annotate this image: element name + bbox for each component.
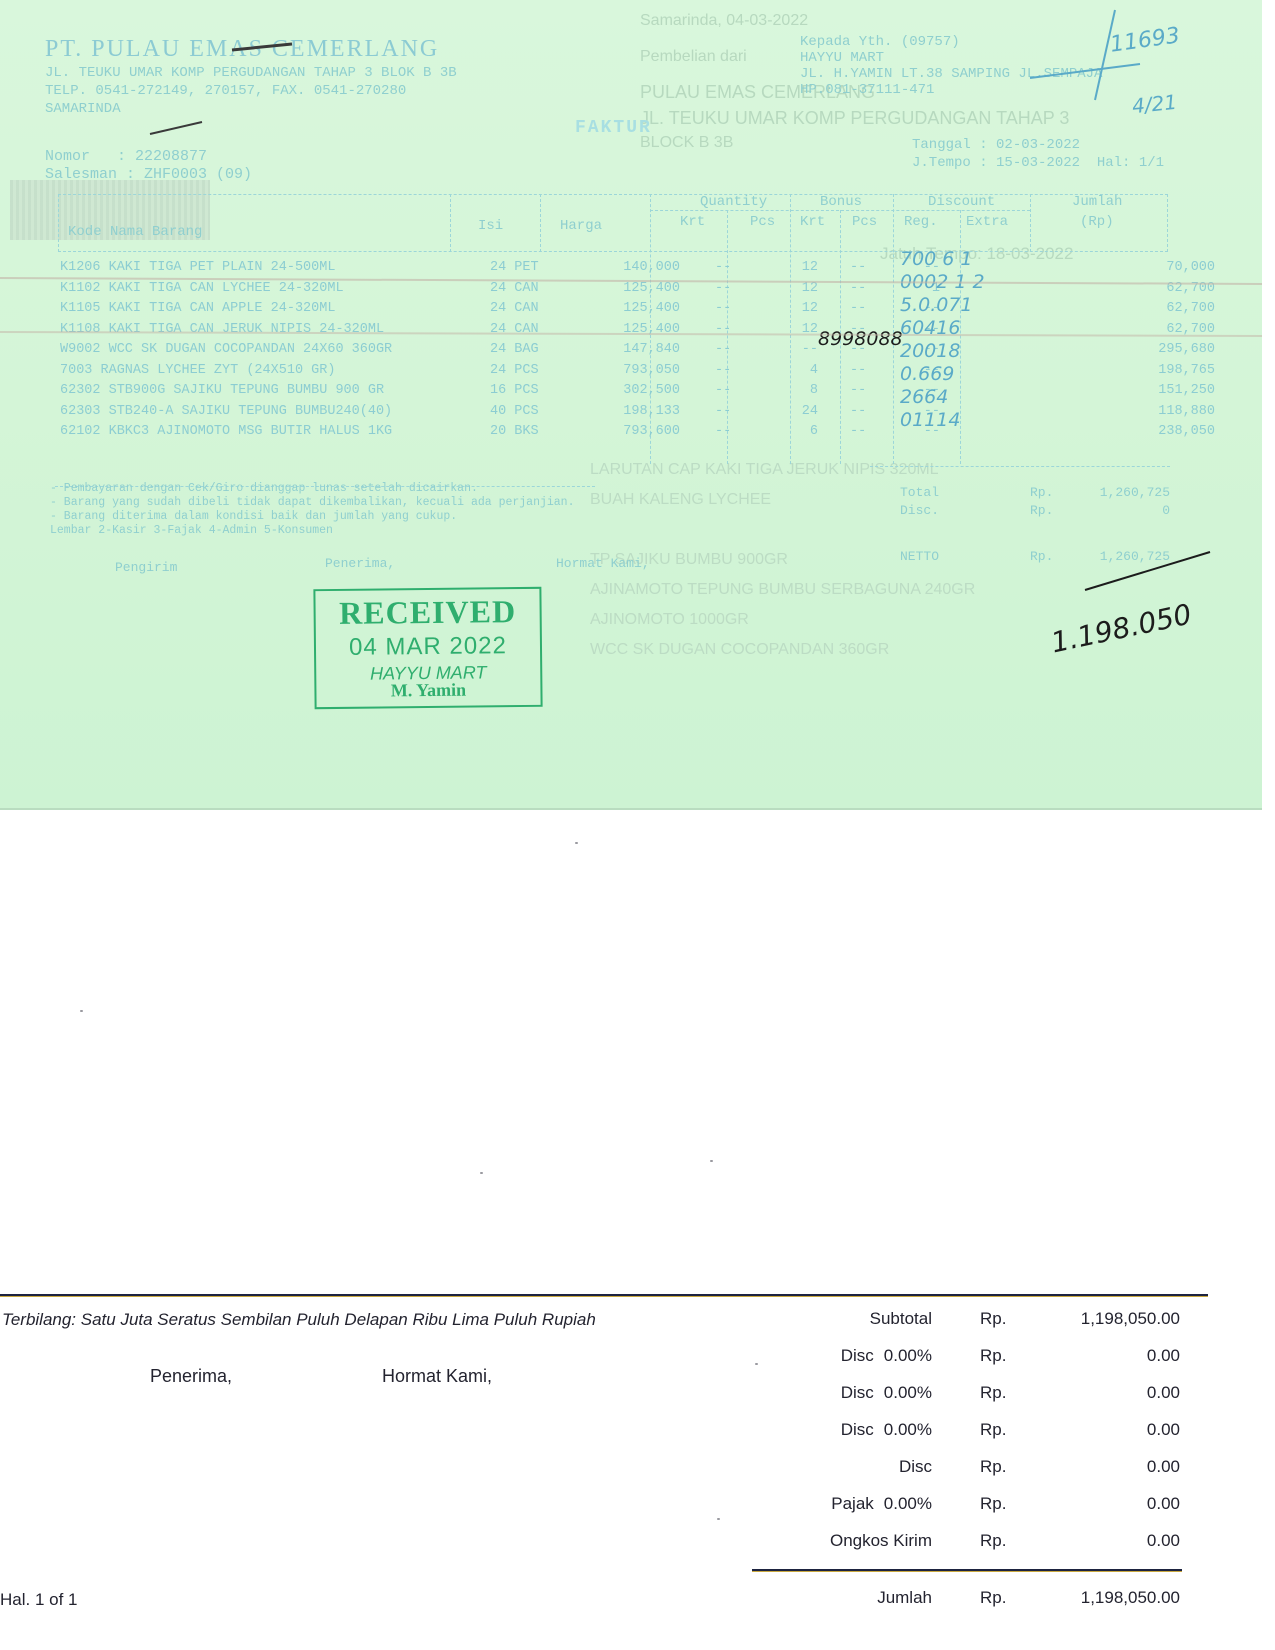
page-number: Hal. 1 of 1 — [0, 1590, 78, 1610]
scanned-invoice: Samarinda, 04-03-2022 Pembelian dari PUL… — [0, 0, 1262, 810]
totals-currency: Rp. — [980, 1383, 1006, 1403]
totals-currency: Rp. — [980, 1531, 1006, 1551]
totals-currency: Rp. — [980, 1494, 1006, 1514]
totals-value: 0.00 — [1147, 1420, 1180, 1440]
totals-percent: 0.00% — [884, 1420, 932, 1440]
totals-percent: 0.00% — [884, 1383, 932, 1403]
totals-value: 0.00 — [1147, 1531, 1180, 1551]
totals-row: Disc0.00%Rp.0.00 — [740, 1346, 1190, 1383]
totals-currency: Rp. — [980, 1309, 1006, 1329]
totals-row: Disc0.00%Rp.0.00 — [740, 1420, 1190, 1457]
totals-value: 0.00 — [1147, 1346, 1180, 1366]
grand-total-row: Jumlah Rp. 1,198,050.00 — [740, 1588, 1190, 1625]
signature-hormat-kami: Hormat Kami, — [382, 1366, 492, 1387]
totals-row: DiscRp.0.00 — [740, 1457, 1190, 1494]
totals-row: SubtotalRp.1,198,050.00 — [740, 1309, 1190, 1346]
totals-label: Subtotal — [870, 1309, 932, 1329]
signature-penerima: Penerima, — [150, 1366, 232, 1387]
totals-rule — [752, 1569, 1182, 1572]
totals-value: 1,198,050.00 — [1081, 1309, 1180, 1329]
pen-marks — [0, 0, 1262, 810]
totals-value: 0.00 — [1147, 1457, 1180, 1477]
grand-total-value: 1,198,050.00 — [1081, 1588, 1180, 1608]
footer-top-rule — [0, 1294, 1208, 1297]
totals-row: Disc0.00%Rp.0.00 — [740, 1383, 1190, 1420]
totals-value: 0.00 — [1147, 1383, 1180, 1403]
totals-percent: 0.00% — [884, 1346, 932, 1366]
totals-table: SubtotalRp.1,198,050.00Disc0.00%Rp.0.00D… — [740, 1309, 1190, 1568]
totals-label: Disc0.00% — [841, 1420, 932, 1440]
totals-label: Disc — [899, 1457, 932, 1477]
totals-currency: Rp. — [980, 1346, 1006, 1366]
totals-row: Ongkos KirimRp.0.00 — [740, 1531, 1190, 1568]
totals-row: Pajak0.00%Rp.0.00 — [740, 1494, 1190, 1531]
totals-currency: Rp. — [980, 1420, 1006, 1440]
grand-total-currency: Rp. — [980, 1588, 1006, 1608]
totals-label: Ongkos Kirim — [830, 1531, 932, 1551]
totals-label: Disc0.00% — [841, 1346, 932, 1366]
totals-value: 0.00 — [1147, 1494, 1180, 1514]
totals-currency: Rp. — [980, 1457, 1006, 1477]
amount-in-words: Terbilang: Satu Juta Seratus Sembilan Pu… — [2, 1310, 596, 1330]
grand-total-label: Jumlah — [877, 1588, 932, 1608]
totals-label: Disc0.00% — [841, 1383, 932, 1403]
totals-percent: 0.00% — [884, 1494, 932, 1514]
totals-label: Pajak0.00% — [831, 1494, 932, 1514]
